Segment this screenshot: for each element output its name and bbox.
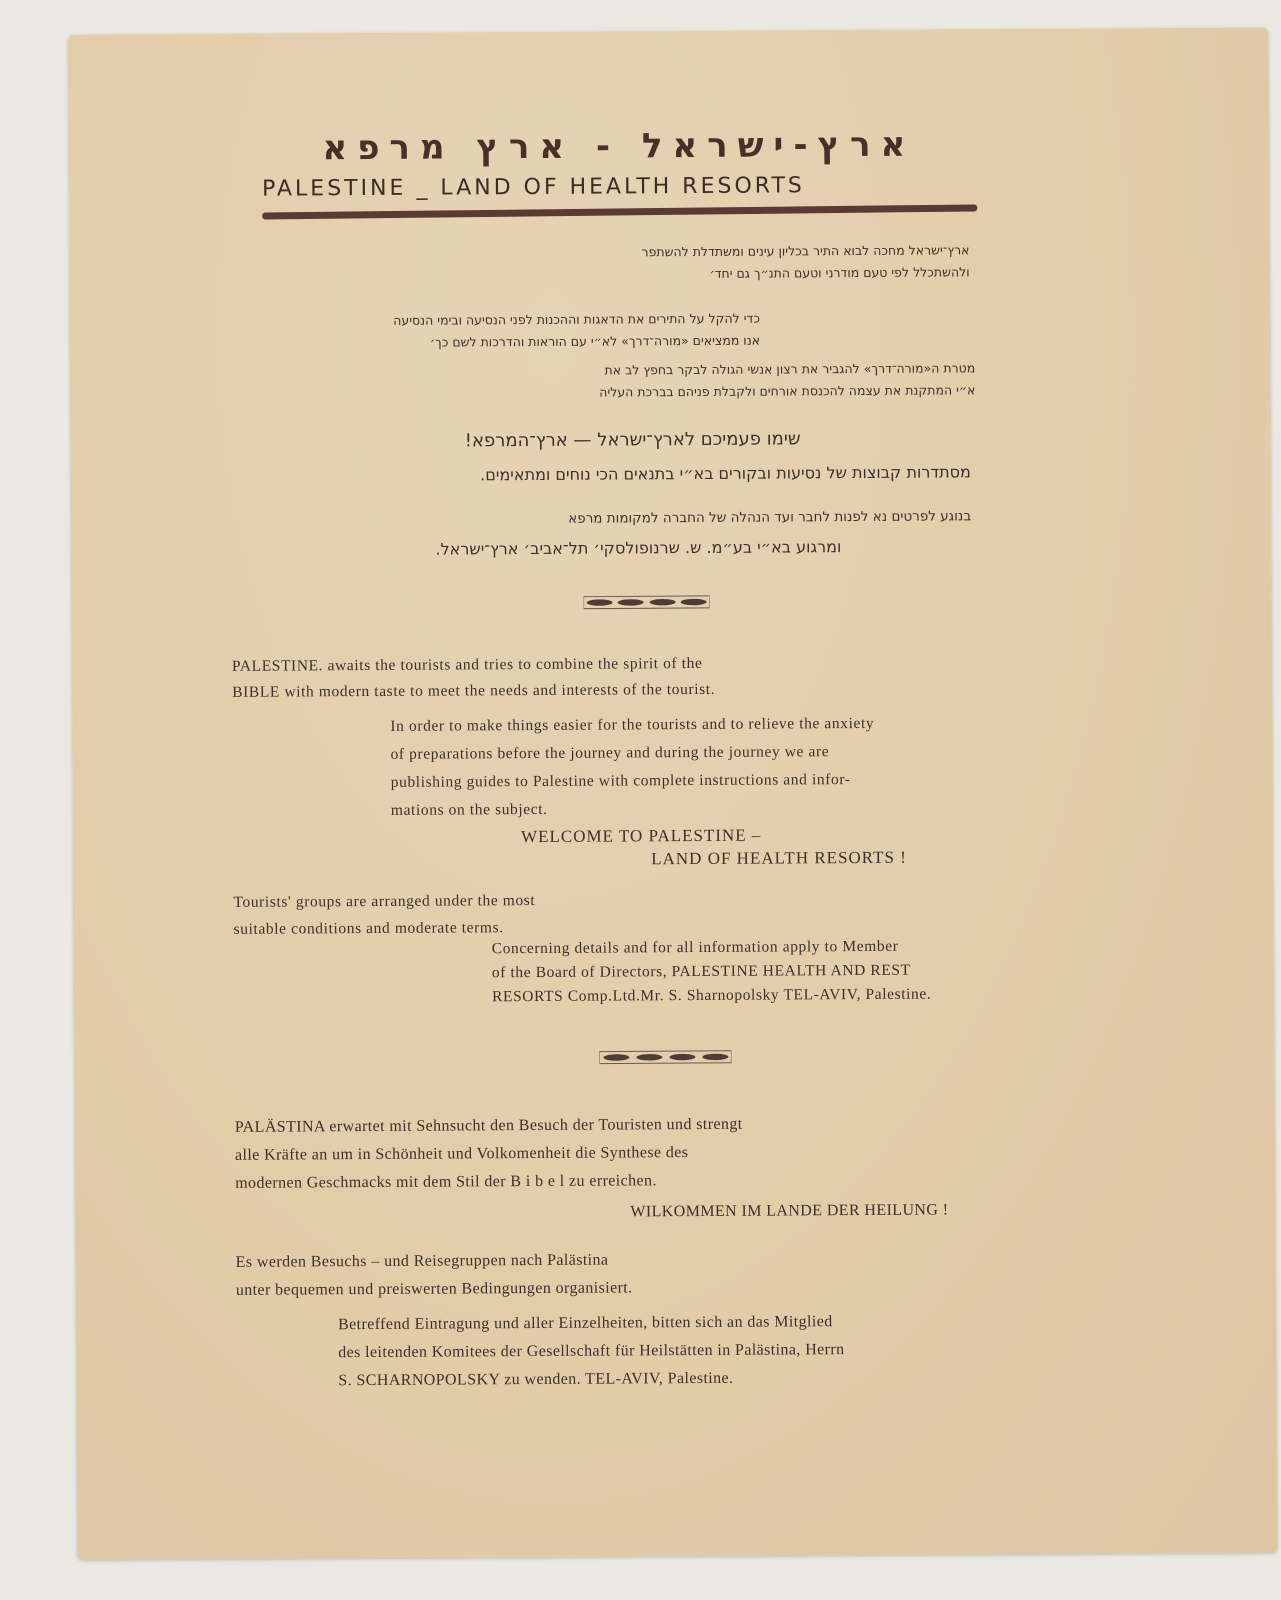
hebrew-paragraph-5: בנוגע לפרטים נא לפנות לחבר ועד הנהלה של … [435,501,971,564]
text-line: In order to make things easier for the t… [390,710,874,741]
text-line: S. SCHARNOPOLSKY zu wenden. TEL-AVIV, Pa… [338,1364,844,1395]
text-line: modernen Geschmacks mit dem Stil der B i… [235,1167,743,1198]
hebrew-title: ארץ-ישראל - ארץ מרפא [259,124,979,168]
text-line: ולהשתכלל לפי טעם מודרני וטעם התנ״ך גם יח… [642,261,970,285]
german-paragraph-2: Es werden Besuchs – und Reisegruppen nac… [236,1246,633,1304]
german-welcome: WILKOMMEN IM LANDE DER HEILUNG ! [630,1196,948,1226]
text-line: Betreffend Eintragung und aller Einzelhe… [338,1308,844,1339]
text-line: בנוגע לפרטים נא לפנות לחבר ועד הנהלה של … [435,501,971,534]
hebrew-paragraph-1: ארץ־ישראל מחכה לבוא התיר בכליון עינים ומ… [641,239,969,285]
text-line: mations on the subject. [391,794,875,825]
hebrew-paragraph-4: מסתדרות קבוצות של נסיעות ובקורים בא״י בת… [480,457,971,490]
text-line: ארץ־ישראל מחכה לבוא התיר בכליון עינים ומ… [641,239,969,263]
text-line: Concerning details and for all informati… [492,935,931,962]
text-line: מטרת ה«מורה־דרך» להגביר את רצון אנשי הגו… [599,357,975,381]
text-line: PALÄSTINA erwartet mit Sehnsucht den Bes… [235,1111,743,1142]
text-line: of preparations before the journey and d… [390,738,874,769]
english-paragraph-2: In order to make things easier for the t… [390,710,875,825]
text-line: כדי להקל על התירים את הדאגות וההכנות לפנ… [393,308,760,332]
hebrew-slogan: שימו פעמיכם לארץ־ישראל — ארץ־המרפא! [465,423,801,457]
ornament-divider-icon [599,1049,731,1066]
text-line: Es werden Besuchs – und Reisegruppen nac… [236,1246,633,1276]
text-line: PALESTINE. awaits the tourists and tries… [232,651,715,680]
english-paragraph-1: PALESTINE. awaits the tourists and tries… [232,651,715,706]
ornament-divider-icon [584,594,710,611]
german-paragraph-1: PALÄSTINA erwartet mit Sehnsucht den Bes… [235,1111,743,1198]
english-title: PALESTINE _ LAND OF HEALTH RESORTS [262,172,982,201]
english-paragraph-4: Concerning details and for all informati… [492,935,932,1010]
hebrew-paragraph-3: מטרת ה«מורה־דרך» להגביר את רצון אנשי הגו… [599,357,975,403]
text-line: unter bequemen und preiswerten Bedingung… [236,1274,633,1304]
text-line: publishing guides to Palestine with comp… [391,766,875,797]
text-line: אנו ממציאים «מורה־דרך» לא״י עם הוראות וה… [393,330,760,354]
text-line: ומרגוע בא״י בע״מ. ש. שרנופולסקי׳ תל־אביב… [435,531,971,564]
text-line: RESORTS Comp.Ltd.Mr. S. Sharnopolsky TEL… [492,983,931,1010]
text-line: alle Kräfte an um in Schönheit und Volko… [235,1139,743,1170]
text-line: des leitenden Komitees der Gesellschaft … [338,1336,844,1367]
text-line: suitable conditions and moderate terms. [234,914,536,943]
text-line: BIBLE with modern taste to meet the need… [232,677,715,706]
document-page: ארץ-ישראל - ארץ מרפא PALESTINE _ LAND OF… [40,3,1275,1570]
text-line: of the Board of Directors, PALESTINE HEA… [492,959,931,986]
german-paragraph-3: Betreffend Eintragung und aller Einzelhe… [338,1308,845,1395]
english-welcome-line-2: LAND OF HEALTH RESORTS ! [651,845,907,873]
paper-sheet: ארץ-ישראל - ארץ מרפא PALESTINE _ LAND OF… [68,27,1277,1559]
title-underline-divider [262,204,977,219]
hebrew-paragraph-2: כדי להקל על התירים את הדאגות וההכנות לפנ… [393,308,760,354]
text-line: Tourists' groups are arranged under the … [233,887,535,916]
text-line: א״י המתקנת את עצמה להכנסת אורחים ולקבלת … [599,379,975,403]
english-paragraph-3: Tourists' groups are arranged under the … [233,887,535,943]
